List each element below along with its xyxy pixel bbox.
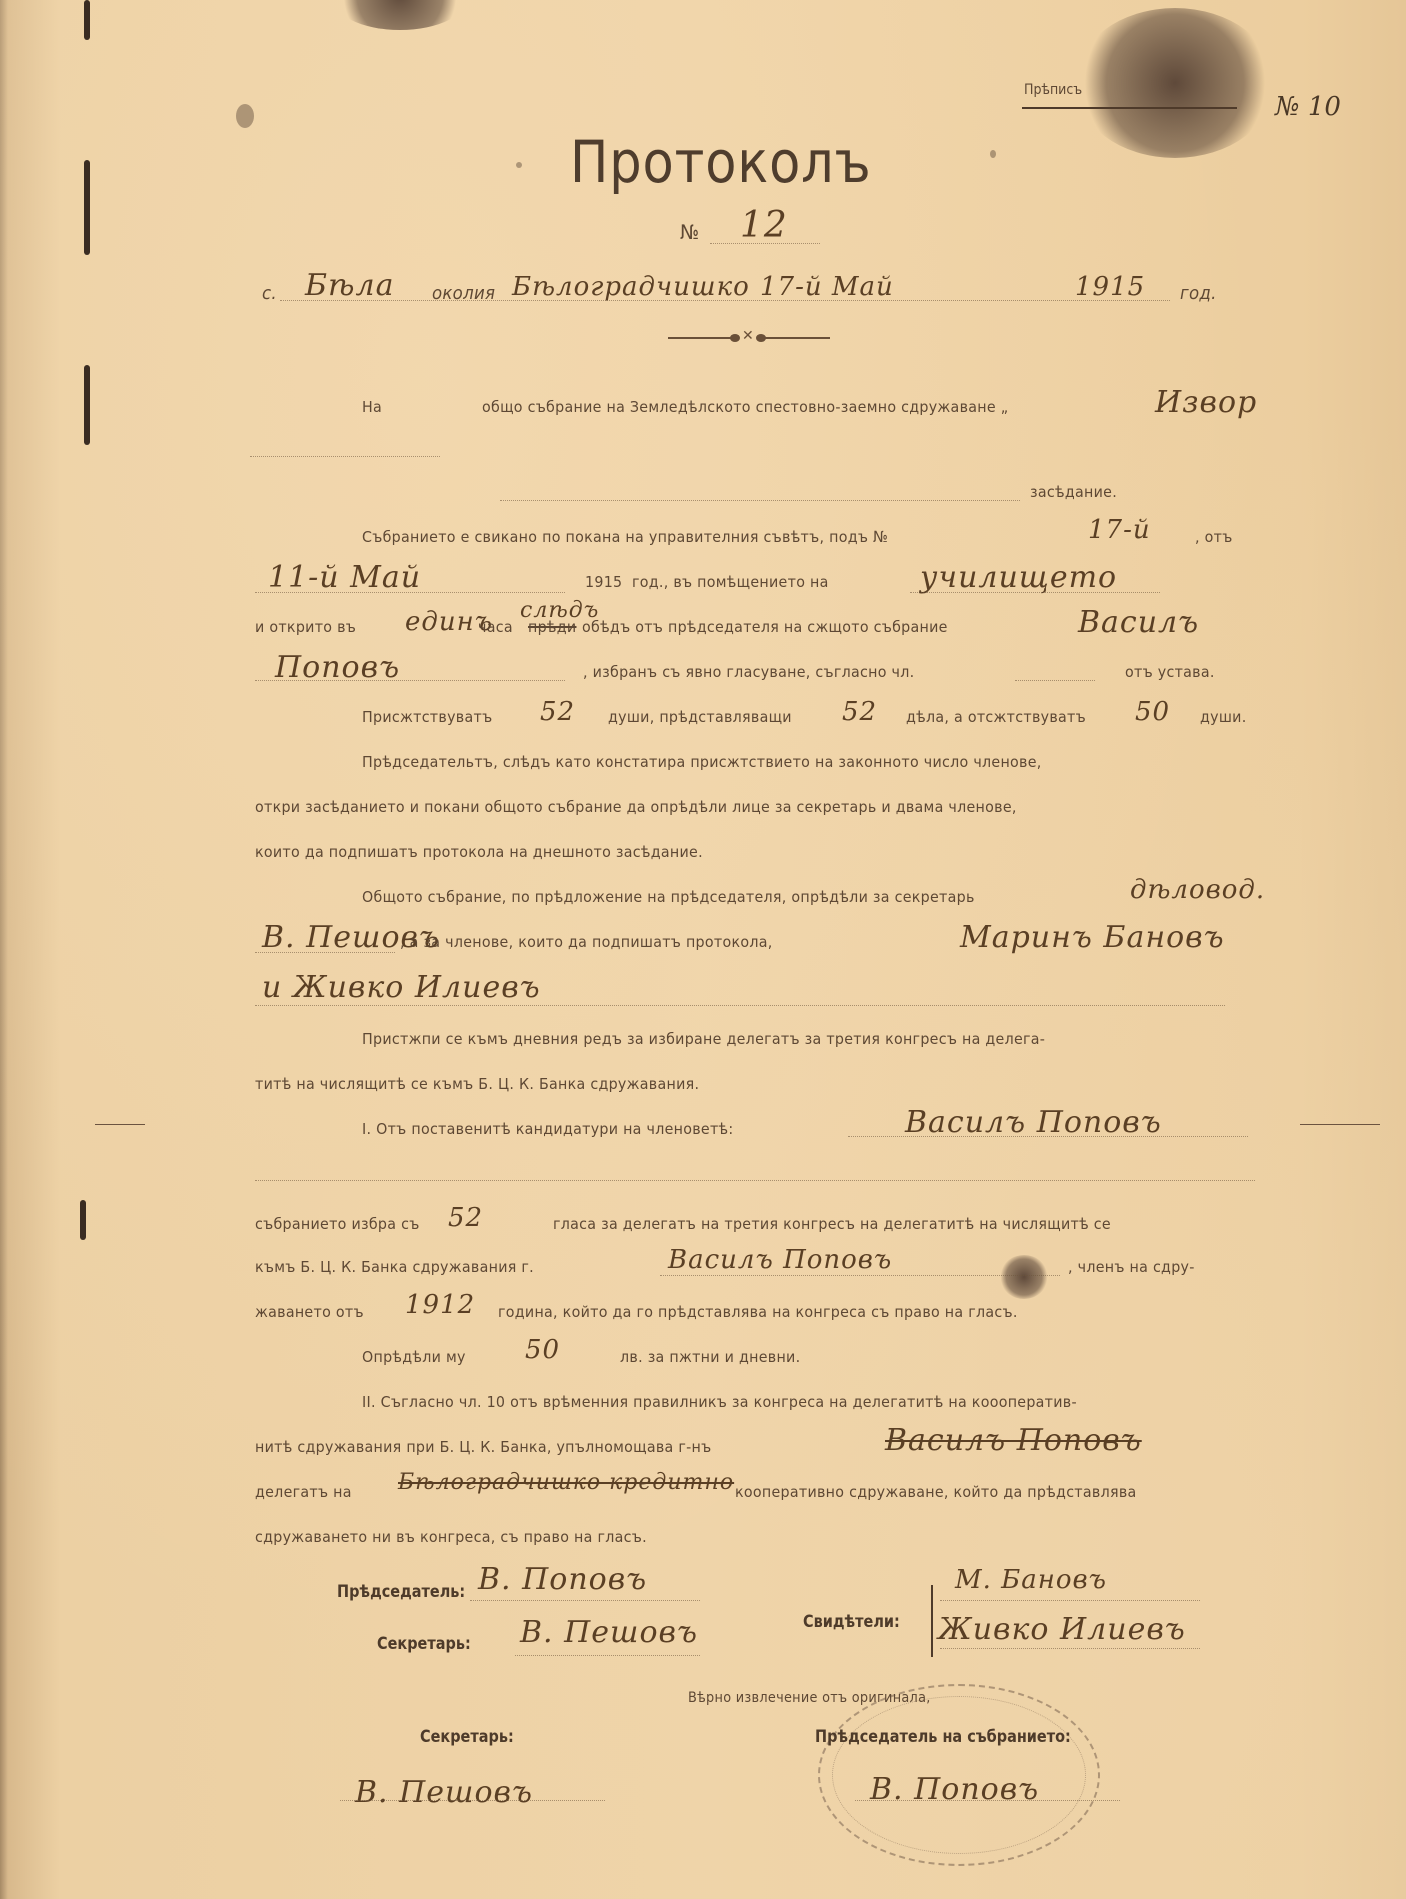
body-line-23b: кооперативно сдружаване, който да прѣдст… <box>735 1483 1137 1501</box>
signature-line <box>855 1800 1120 1801</box>
filled-invitation-date: 11-й Май <box>268 560 421 595</box>
body-line-18b: , членъ на сдру- <box>1068 1258 1195 1276</box>
filled-invitation-number: 17-й <box>1088 515 1151 545</box>
body-line-14: Пристжпи се къмъ дневния редъ за избиран… <box>362 1030 1045 1048</box>
body-line-4: год., въ помѣщението на <box>632 573 829 591</box>
paper-spot <box>990 150 996 158</box>
body-line-10: които да подпишатъ протокола на днешното… <box>255 843 703 861</box>
margin-line <box>95 1124 145 1125</box>
witness-1-signature: М. Бановъ <box>955 1565 1107 1595</box>
secretary-2-label: Секретарь: <box>420 1727 514 1747</box>
witness-2-signature: Живко Илиевъ <box>938 1612 1186 1647</box>
fill-line <box>255 592 565 593</box>
struck-cooperative-name: Бѣлоградчишко кредитно <box>398 1470 734 1495</box>
body-line-9: откри засѣданието и покани общото събран… <box>255 798 1017 816</box>
body-line-16: I. Отъ поставенитѣ кандидатури на членов… <box>362 1120 734 1138</box>
body-line-20b: лв. за пжтни и дневни. <box>620 1348 800 1366</box>
body-line-5c: обѣдъ отъ прѣдседателя на сжщото събрани… <box>582 618 948 636</box>
secretary-2-signature: В. Пешовъ <box>355 1775 533 1810</box>
paper-spot <box>516 162 522 168</box>
filled-meeting-place: училището <box>920 560 1117 595</box>
fill-line <box>280 300 1170 301</box>
body-line-1-prefix: На <box>362 398 382 416</box>
fill-line <box>848 1136 1248 1137</box>
fill-line <box>255 1180 1255 1181</box>
ink-stain <box>1075 8 1275 158</box>
chairman-signature: В. Поповъ <box>478 1562 647 1597</box>
filled-member-2: и Живко Илиевъ <box>262 970 541 1005</box>
village-prefix: с. <box>262 283 277 304</box>
divider-ornament: ✕ <box>668 333 828 343</box>
fill-line <box>910 592 1160 593</box>
filled-chairman-first-name: Василъ <box>1078 605 1199 640</box>
fill-line <box>500 500 1020 501</box>
body-line-20a: Опрѣдѣли му <box>362 1348 466 1366</box>
secretary-label: Секретарь: <box>377 1634 471 1654</box>
signature-line <box>470 1600 700 1601</box>
fill-line <box>250 456 440 457</box>
chairman-label: Прѣдседатель: <box>337 1582 465 1602</box>
fill-line <box>255 1005 1225 1006</box>
left-edge-mark <box>80 1200 86 1240</box>
body-line-17b: гласа за делегатъ на третия конгресъ на … <box>553 1215 1111 1233</box>
present-label: Присжтствуватъ <box>362 708 492 726</box>
assembly-chair-label: Прѣдседатель на събранието: <box>815 1727 1071 1747</box>
body-line-3-suffix: , отъ <box>1195 528 1233 546</box>
body-line-6: , избранъ съ явно гласуване, съгласно чл… <box>583 663 914 681</box>
fill-line <box>710 243 820 244</box>
fill-line <box>1015 680 1095 681</box>
ink-blot <box>1000 1255 1048 1299</box>
witnesses-label: Свидѣтели: <box>803 1612 900 1632</box>
secretary-signature: В. Пешовъ <box>520 1615 698 1650</box>
votes-count: 52 <box>448 1203 483 1233</box>
body-line-17a: събранието избра съ <box>255 1215 420 1233</box>
present-count: 52 <box>540 697 575 727</box>
paper-spot <box>236 104 254 128</box>
signature-line <box>515 1655 700 1656</box>
left-edge-mark <box>84 365 90 445</box>
body-line-21: II. Съгласно чл. 10 отъ врѣменния правил… <box>362 1393 1077 1411</box>
fill-line <box>255 680 565 681</box>
assembly-chair-signature: В. Поповъ <box>870 1772 1039 1807</box>
copy-label-underline <box>1022 107 1237 109</box>
body-line-2: засѣдание. <box>1030 483 1117 501</box>
body-line-11: Общото събрание, по прѣдложение на прѣдс… <box>362 888 975 906</box>
body-line-22: нитѣ сдружавания при Б. Ц. К. Банка, упъ… <box>255 1438 712 1456</box>
filled-member-1: Маринъ Бановъ <box>960 920 1225 955</box>
body-line-19b: година, който да го прѣдставлява на конг… <box>498 1303 1018 1321</box>
body-line-6-suffix: отъ устава. <box>1125 663 1215 681</box>
margin-line <box>1300 1124 1380 1125</box>
body-line-12: , а за членове, които да подпишатъ прото… <box>400 933 773 951</box>
date-day-month: 17-й Май <box>760 272 894 302</box>
signature-line <box>340 1800 605 1801</box>
absent-unit: души. <box>1200 708 1247 726</box>
fill-line <box>255 952 395 953</box>
body-line-18a: къмъ Б. Ц. К. Банка сдружавания г. <box>255 1258 534 1276</box>
shares-unit: дѣла, а отсжтствуватъ <box>906 708 1086 726</box>
protocol-number-value: 12 <box>740 205 788 246</box>
body-line-4-year: 1915 <box>585 573 622 591</box>
document-number: № 10 <box>1275 92 1341 122</box>
certified-copy-note: Вѣрно извлечение отъ оригинала, <box>688 1690 931 1706</box>
signature-line <box>940 1600 1200 1601</box>
present-unit: души, прѣдставляващи <box>608 708 792 726</box>
year-suffix: год. <box>1180 283 1217 304</box>
fill-line <box>660 1275 1060 1276</box>
body-line-15: титѣ на числящитѣ се къмъ Б. Ц. К. Банка… <box>255 1075 699 1093</box>
filled-candidate: Василъ Поповъ <box>905 1105 1162 1140</box>
body-line-24: сдружаването ни въ конгреса, съ право на… <box>255 1528 647 1546</box>
struck-authorized-name: Василъ Поповъ <box>885 1423 1142 1458</box>
absent-count: 50 <box>1135 697 1170 727</box>
date-year: 1915 <box>1075 272 1145 302</box>
body-line-1: общо събрание на Земледѣлското спестовно… <box>482 398 1008 416</box>
body-line-19a: жаването отъ <box>255 1303 364 1321</box>
district-name: Бѣлоградчишко <box>512 272 750 302</box>
body-line-5b: часа <box>478 618 513 636</box>
filled-delegate: Василъ Поповъ <box>668 1245 892 1275</box>
signature-line <box>940 1648 1200 1649</box>
body-line-3: Събранието е свикано по покана на управи… <box>362 528 888 546</box>
body-line-8: Прѣдседательтъ, слѣдъ като констатира пр… <box>362 753 1042 771</box>
body-line-23a: делегатъ на <box>255 1483 352 1501</box>
body-line-5a: и открито въ <box>255 618 356 636</box>
copy-label: Прѣписъ <box>1024 82 1082 98</box>
protocol-number-label: № <box>680 220 699 244</box>
shares-count: 52 <box>842 697 877 727</box>
allowance-amount: 50 <box>525 1335 560 1365</box>
left-edge-mark <box>84 160 90 255</box>
filled-secretary-role: дѣловод. <box>1130 875 1265 905</box>
filled-member-since-year: 1912 <box>405 1290 475 1320</box>
page-title: Протоколъ <box>570 128 872 196</box>
left-edge-mark <box>84 0 90 40</box>
village-name: Бѣла <box>305 268 395 303</box>
filled-cooperative-name: Извор <box>1155 385 1257 420</box>
witnesses-bracket <box>931 1585 933 1657</box>
